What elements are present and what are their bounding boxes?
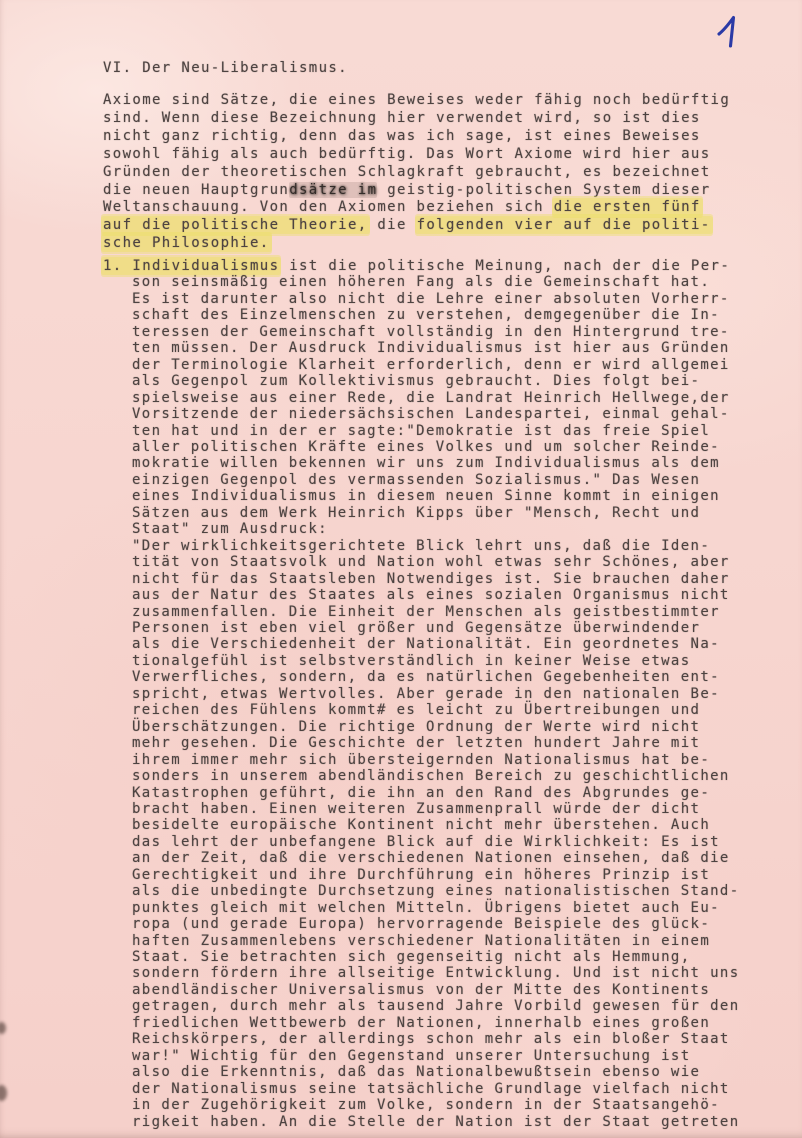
- text-line: die neuen Hauptgrundsätze im geistig-pol…: [103, 182, 730, 200]
- text-line: besidelte europäische Kontinent nicht me…: [132, 817, 740, 833]
- text-line: also die Erkenntnis, daß das Nationalbew…: [132, 1064, 740, 1080]
- text-line: als die Verschiedenheit der Nationalität…: [132, 636, 740, 652]
- item-1-paragraph: 1. Individualismus ist die politische Me…: [103, 258, 740, 1130]
- text-line: tionalgefühl ist selbstverständlich in k…: [132, 653, 740, 669]
- text-line: Personen ist eben viel größer und Gegens…: [132, 620, 740, 636]
- text-line: friedlichen Wettbewerb der Nationen, inn…: [132, 1015, 740, 1031]
- text-line: nicht für das Staatsleben Notwendiges is…: [132, 571, 740, 587]
- text-line: in der Zugehörigkeit zum Volke, sondern …: [132, 1097, 740, 1113]
- highlighted-text: 1. Individualismus: [103, 258, 279, 274]
- scanned-document-page: VI. Der Neu-Liberalismus. Axiome sind Sä…: [0, 0, 802, 1138]
- text-line: sondern fördern ihre allseitige Entwickl…: [132, 965, 740, 981]
- text-line: abendländischer Universalismus von der M…: [132, 982, 740, 998]
- text-line: Reichskörpers, der allerdings schon mehr…: [132, 1031, 740, 1047]
- text-line: war!" Wichtig für den Gegenstand unserer…: [132, 1048, 740, 1064]
- text-line: ropa (und gerade Europa) hervorragende B…: [132, 916, 740, 932]
- highlighted-text: sche Philosophie.: [103, 235, 270, 251]
- text-line: spricht, etwas Wertvolles. Aber gerade i…: [132, 686, 740, 702]
- text-line: son seinsmäßig einen höheren Fang als di…: [132, 274, 740, 290]
- highlighted-text: auf die politische Theorie,: [103, 217, 368, 233]
- highlighted-text: folgenden vier auf die politi-: [417, 217, 711, 233]
- text-line: ihrem immer mehr sich übersteigernden Na…: [132, 752, 740, 768]
- text-line: sowohl fähig als auch bedürftig. Das Wor…: [103, 146, 730, 164]
- text-line: rigkeit haben. An die Stelle der Nation …: [132, 1114, 740, 1130]
- text-line: spielsweise aus einer Rede, die Landrat …: [132, 390, 740, 406]
- text-line: schaft des Einzelmenschen zu verstehen, …: [132, 307, 740, 323]
- text-line: Sätzen aus dem Werk Heinrich Kipps über …: [132, 505, 740, 521]
- text-line: mokratie willen bekennen wir uns zum Ind…: [132, 455, 740, 471]
- text-line: Katastrophen geführt, die ihn an den Ran…: [132, 785, 740, 801]
- text-line: Gerechtigkeit und ihre Durchführung ein …: [132, 867, 740, 883]
- text-line: ten müssen. Der Ausdruck Individualismus…: [132, 340, 740, 356]
- text-line: Staat" zum Ausdruck:: [132, 521, 740, 537]
- text-line: haften Zusammenlebens verschiedener Nati…: [132, 933, 740, 949]
- text-line: sind. Wenn diese Bezeichnung hier verwen…: [103, 110, 730, 128]
- text-line: an der Zeit, daß die verschiedenen Natio…: [132, 850, 740, 866]
- text-line: Verwerfliches, sondern, da es natürliche…: [132, 669, 740, 685]
- text-line: zusammenfallen. Die Einheit der Menschen…: [132, 604, 740, 620]
- smudged-text: dsätze im: [289, 182, 377, 198]
- text-line: punktes gleich mit welchen Mitteln. Übri…: [132, 900, 740, 916]
- text-line: als Gegenpol zum Kollektivismus gebrauch…: [132, 373, 740, 389]
- text-line: sonders in unserem abendländischen Berei…: [132, 768, 740, 784]
- text-line: das lehrt der unbefangene Blick auf die …: [132, 834, 740, 850]
- text-line: getragen, durch mehr als tausend Jahre V…: [132, 998, 740, 1014]
- text-line: Staat. Sie betrachten sich gegenseitig n…: [132, 949, 740, 965]
- text-line: aus der Natur des Staates als eines sozi…: [132, 587, 740, 603]
- text-line: tität von Staatsvolk und Nation wohl etw…: [132, 554, 740, 570]
- text-line: Axiome sind Sätze, die eines Beweises we…: [103, 92, 730, 110]
- text-line: aller politischen Kräfte eines Volkes un…: [132, 439, 740, 455]
- text-line: Es ist darunter also nicht die Lehre ein…: [132, 291, 740, 307]
- text-line: der Nationalismus seine tatsächliche Gru…: [132, 1081, 740, 1097]
- text-line: Weltanschauung. Von den Axiomen beziehen…: [103, 199, 730, 217]
- text-line: eines Individualismus in diesem neuen Si…: [132, 488, 740, 504]
- text-line: als die unbedingte Durchsetzung eines na…: [132, 883, 740, 899]
- text-line: reichen des Fühlens kommt# es leicht zu …: [132, 702, 740, 718]
- text-line: einzigen Gegenpol des vermassenden Sozia…: [132, 472, 740, 488]
- text-line: "Der wirklichkeitsgerichtete Blick lehrt…: [132, 538, 740, 554]
- text-line: Vorsitzende der niedersächsischen Landes…: [132, 406, 740, 422]
- text-line: teressen der Gemeinschaft vollständig in…: [132, 324, 740, 340]
- text-line: sche Philosophie.: [103, 235, 730, 253]
- highlighted-text: die ersten fünf: [554, 199, 701, 215]
- text-line: nicht ganz richtig, denn das was ich sag…: [103, 128, 730, 146]
- text-line: 1. Individualismus ist die politische Me…: [103, 258, 740, 274]
- text-line: Überschätzungen. Die richtige Ordnung de…: [132, 719, 740, 735]
- text-line: bracht haben. Einen weiteren Zusammenpra…: [132, 801, 740, 817]
- intro-paragraph: Axiome sind Sätze, die eines Beweises we…: [103, 92, 730, 253]
- text-line: auf die politische Theorie, die folgende…: [103, 217, 730, 235]
- document-body: Axiome sind Sätze, die eines Beweises we…: [0, 0, 802, 1138]
- text-line: mehr gesehen. Die Geschichte der letzten…: [132, 735, 740, 751]
- text-line: Gründen der theoretischen Schlagkraft ge…: [103, 164, 730, 182]
- text-line: der Terminologie Klarheit erforderlich, …: [132, 357, 740, 373]
- text-line: ten hat und in der er sagte:"Demokratie …: [132, 423, 740, 439]
